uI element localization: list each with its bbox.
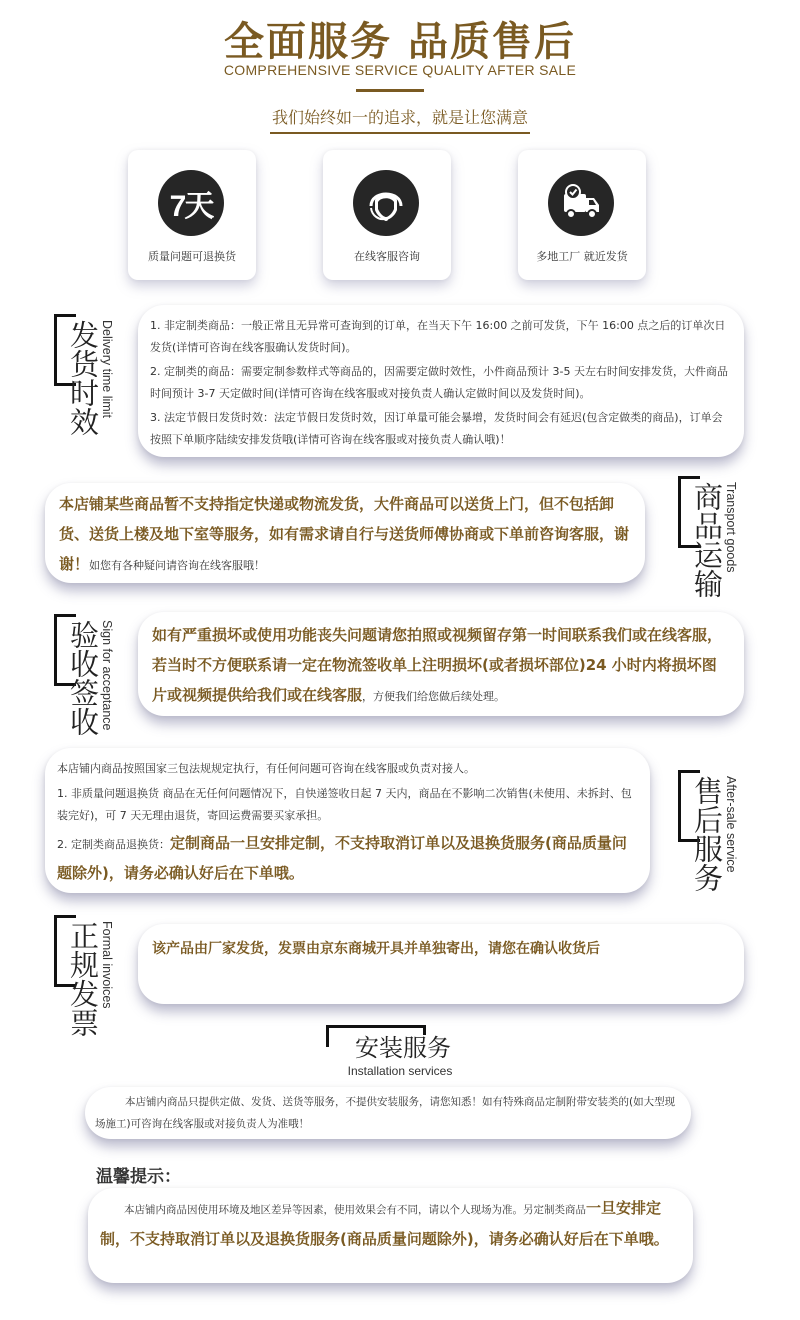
feature-card-shipping: 多地工厂 就近发货 <box>518 150 646 280</box>
card-after-sale: 本店铺内商品按照国家三包法规规定执行，有任何问题可咨询在线客服或负责对接人。 1… <box>45 748 650 893</box>
tag-transport: 商品运输 Transport goods <box>678 476 748 616</box>
bracket-decoration <box>423 1025 426 1035</box>
page-title: 全面服务 品质售后 <box>0 18 800 66</box>
tag-delivery: 发货时效 Delivery time limit <box>54 314 124 454</box>
installation-subtitle: Installation services <box>0 1064 800 1078</box>
card-acceptance: 如有严重损坏或使用功能丧失问题请您拍照或视频留存第一时间联系我们或在线客服，若当… <box>138 612 744 716</box>
delivery-truck-icon <box>548 170 614 236</box>
tips-title: 温馨提示： <box>96 1162 181 1187</box>
card-invoice: 该产品由厂家发货，发票由京东商城开具并单独寄出，请您在确认收货后 <box>138 924 744 1004</box>
card-tips: 本店铺内商品因使用环境及地区差异等因素，使用效果会有不同，请以个人现场为准。另定… <box>88 1188 693 1283</box>
feature-label: 多地工厂 就近发货 <box>518 248 646 264</box>
title-divider <box>356 89 424 92</box>
feature-card-returns: 7天 质量问题可退换货 <box>128 150 256 280</box>
card-delivery: 1. 非定制类商品：一般正常且无异常可查询到的订单，在当天下午 16:00 之前… <box>138 305 744 457</box>
feature-card-service: 在线客服咨询 <box>323 150 451 280</box>
feature-label: 质量问题可退换货 <box>128 248 256 264</box>
card-installation: 本店铺内商品只提供定做、发货、送货等服务，不提供安装服务，请您知悉！如有特殊商品… <box>85 1087 691 1139</box>
bracket-decoration <box>326 1025 426 1047</box>
card-transport: 本店铺某些商品暂不支持指定快递或物流发货，大件商品可以送货上门，但不包括卸货、送… <box>45 483 645 583</box>
seven-days-icon: 7天 <box>158 170 224 236</box>
customer-service-headset-icon <box>353 170 419 236</box>
feature-label: 在线客服咨询 <box>323 248 451 264</box>
page-subtitle: 我们始终如一的追求，就是让您满意 <box>0 105 800 134</box>
tag-after-sale: 售后服务 After-sale service <box>678 770 748 910</box>
page-title-en: COMPREHENSIVE SERVICE QUALITY AFTER SALE <box>0 62 800 78</box>
tag-acceptance: 验收签收 Sign for acceptance <box>54 614 124 754</box>
